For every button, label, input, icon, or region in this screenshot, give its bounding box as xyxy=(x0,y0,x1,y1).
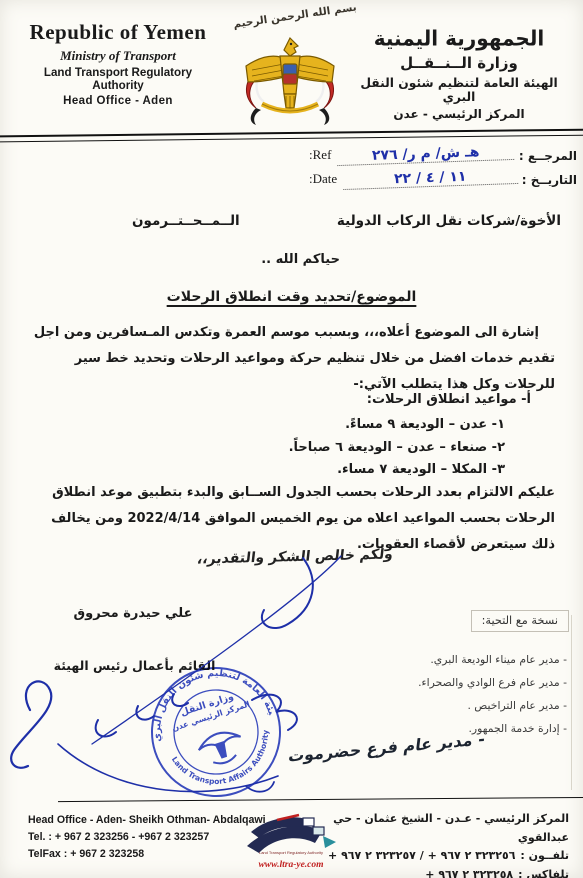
footer-tel-value-ar: + ٩٦٧ ٢ ٣٢٣٢٥٧ / + ٩٦٧ ٢ ٣٢٣٢٥٦ xyxy=(328,847,515,866)
cc-item-2: - مدير عام فرع الوادي والصحراء. xyxy=(337,671,567,694)
schedule-section-heading: أ- مواعيد انطلاق الرحلات: xyxy=(367,392,531,407)
country-name-en: Republic of Yemen xyxy=(22,20,214,45)
footer-telfax-en: TelFax : + 967 2 323258 xyxy=(28,846,266,863)
addressee-line: الأخوة/شركات نقل الركاب الدولية xyxy=(337,213,561,229)
ref-label-en: Ref: xyxy=(309,147,331,163)
footer-tel-en: Tel. : + 967 2 323256 - +967 2 323257 xyxy=(28,829,266,846)
date-row: التاريــخ : ٢٢ / ٤ / ١١ Date: xyxy=(309,170,577,187)
ref-number-handwritten: هـ ش/ م ر/ ٢٧٦ xyxy=(337,143,515,166)
scanned-letter-page: Republic of Yemen Ministry of Transport … xyxy=(0,0,583,878)
cc-list: - مدير عام ميناء الوديعة البري. - مدير ع… xyxy=(337,648,567,740)
authority-name-ar: الهيئة العامة لتنظيم شئون النقل البري xyxy=(343,76,575,104)
honorific-label: الــمــحــتــرمون xyxy=(132,213,240,229)
ministry-name-ar: وزارة الــنــقــل xyxy=(343,54,575,72)
schedule-item-3: ٣- المكلا – الوديعة ٧ مساء. xyxy=(289,459,505,482)
footer-address-en: Head Office - Aden- Sheikh Othman- Abdal… xyxy=(28,812,266,829)
authority-name-en: Land Transport Regulatory Authority xyxy=(22,66,214,92)
footer-divider-rule xyxy=(58,797,583,802)
header-english-block: Republic of Yemen Ministry of Transport … xyxy=(22,20,214,107)
cc-item-3: - مدير عام التراخيص . xyxy=(337,694,567,717)
footer-tel-ar: تلفــون : + ٩٦٧ ٢ ٣٢٣٢٥٧ / + ٩٦٧ ٢ ٣٢٣٢٥… xyxy=(307,847,569,866)
cc-header-box: نسخة مع التحية: xyxy=(471,610,569,632)
footer-address-ar: المركز الرئيسي - عـدن - الشيخ عثمان - حي… xyxy=(307,810,569,847)
reference-block: المرجــع : هـ ش/ م ر/ ٢٧٦ Ref: التاريــخ… xyxy=(309,146,577,194)
subject-line: الموضوع/تحديد وقت انطلاق الرحلات xyxy=(0,289,583,305)
stamp-eagle-icon xyxy=(196,727,247,769)
subject-text: الموضوع/تحديد وقت انطلاق الرحلات xyxy=(167,289,417,305)
date-label-ar: التاريــخ : xyxy=(522,173,577,187)
footer-arabic-block: المركز الرئيسي - عـدن - الشيخ عثمان - حي… xyxy=(307,810,569,878)
header-arabic-block: الجمهورية اليمنية وزارة الــنــقــل الهي… xyxy=(343,26,575,121)
country-name-ar: الجمهورية اليمنية xyxy=(343,25,575,50)
ref-row: المرجــع : هـ ش/ م ر/ ٢٧٦ Ref: xyxy=(309,146,577,163)
footer-tel-label-ar: تلفــون : xyxy=(520,847,569,866)
date-handwritten: ٢٢ / ٤ / ١١ xyxy=(343,167,518,190)
header-divider-rule xyxy=(0,129,583,143)
scan-artifact-line xyxy=(571,615,572,790)
schedule-item-2: ٢- صنعاء – عدن – الوديعة ٦ صباحاً. xyxy=(289,437,505,460)
yemen-eagle-emblem-icon xyxy=(236,32,344,128)
footer-english-block: Head Office - Aden- Sheikh Othman- Abdal… xyxy=(28,812,266,863)
date-label-en: Date: xyxy=(309,171,337,187)
footer-fax-ar: تلفاكس : + ٩٦٧ ٢ ٣٢٣٢٥٨ xyxy=(307,866,569,878)
footer-fax-label-ar: تلفاكس : xyxy=(518,866,569,878)
schedule-item-1: ١- عدن – الوديعة ٩ مساءً. xyxy=(289,414,505,437)
office-name-en: Head Office - Aden xyxy=(22,95,214,107)
body-paragraph-1: إشارة الى الموضوع أعلاه،،، وبسبب موسم ال… xyxy=(28,320,555,398)
ref-label-ar: المرجــع : xyxy=(519,149,577,163)
cc-item-1: - مدير عام ميناء الوديعة البري. xyxy=(337,648,567,671)
footer-fax-value-ar: + ٩٦٧ ٢ ٣٢٣٢٥٨ xyxy=(425,866,513,878)
schedule-list: ١- عدن – الوديعة ٩ مساءً. ٢- صنعاء – عدن… xyxy=(289,414,505,482)
ministry-name-en: Ministry of Transport xyxy=(22,48,214,64)
office-name-ar: المركز الرئيسي - عدن xyxy=(343,107,575,121)
signatory-name: علي حيدرة محروق xyxy=(68,606,198,621)
greeting-line: حياكم الله .. xyxy=(261,252,340,267)
body-paragraph-2: عليكم الالتزام بعدد الرحلات بحسب الجدول … xyxy=(28,480,555,558)
